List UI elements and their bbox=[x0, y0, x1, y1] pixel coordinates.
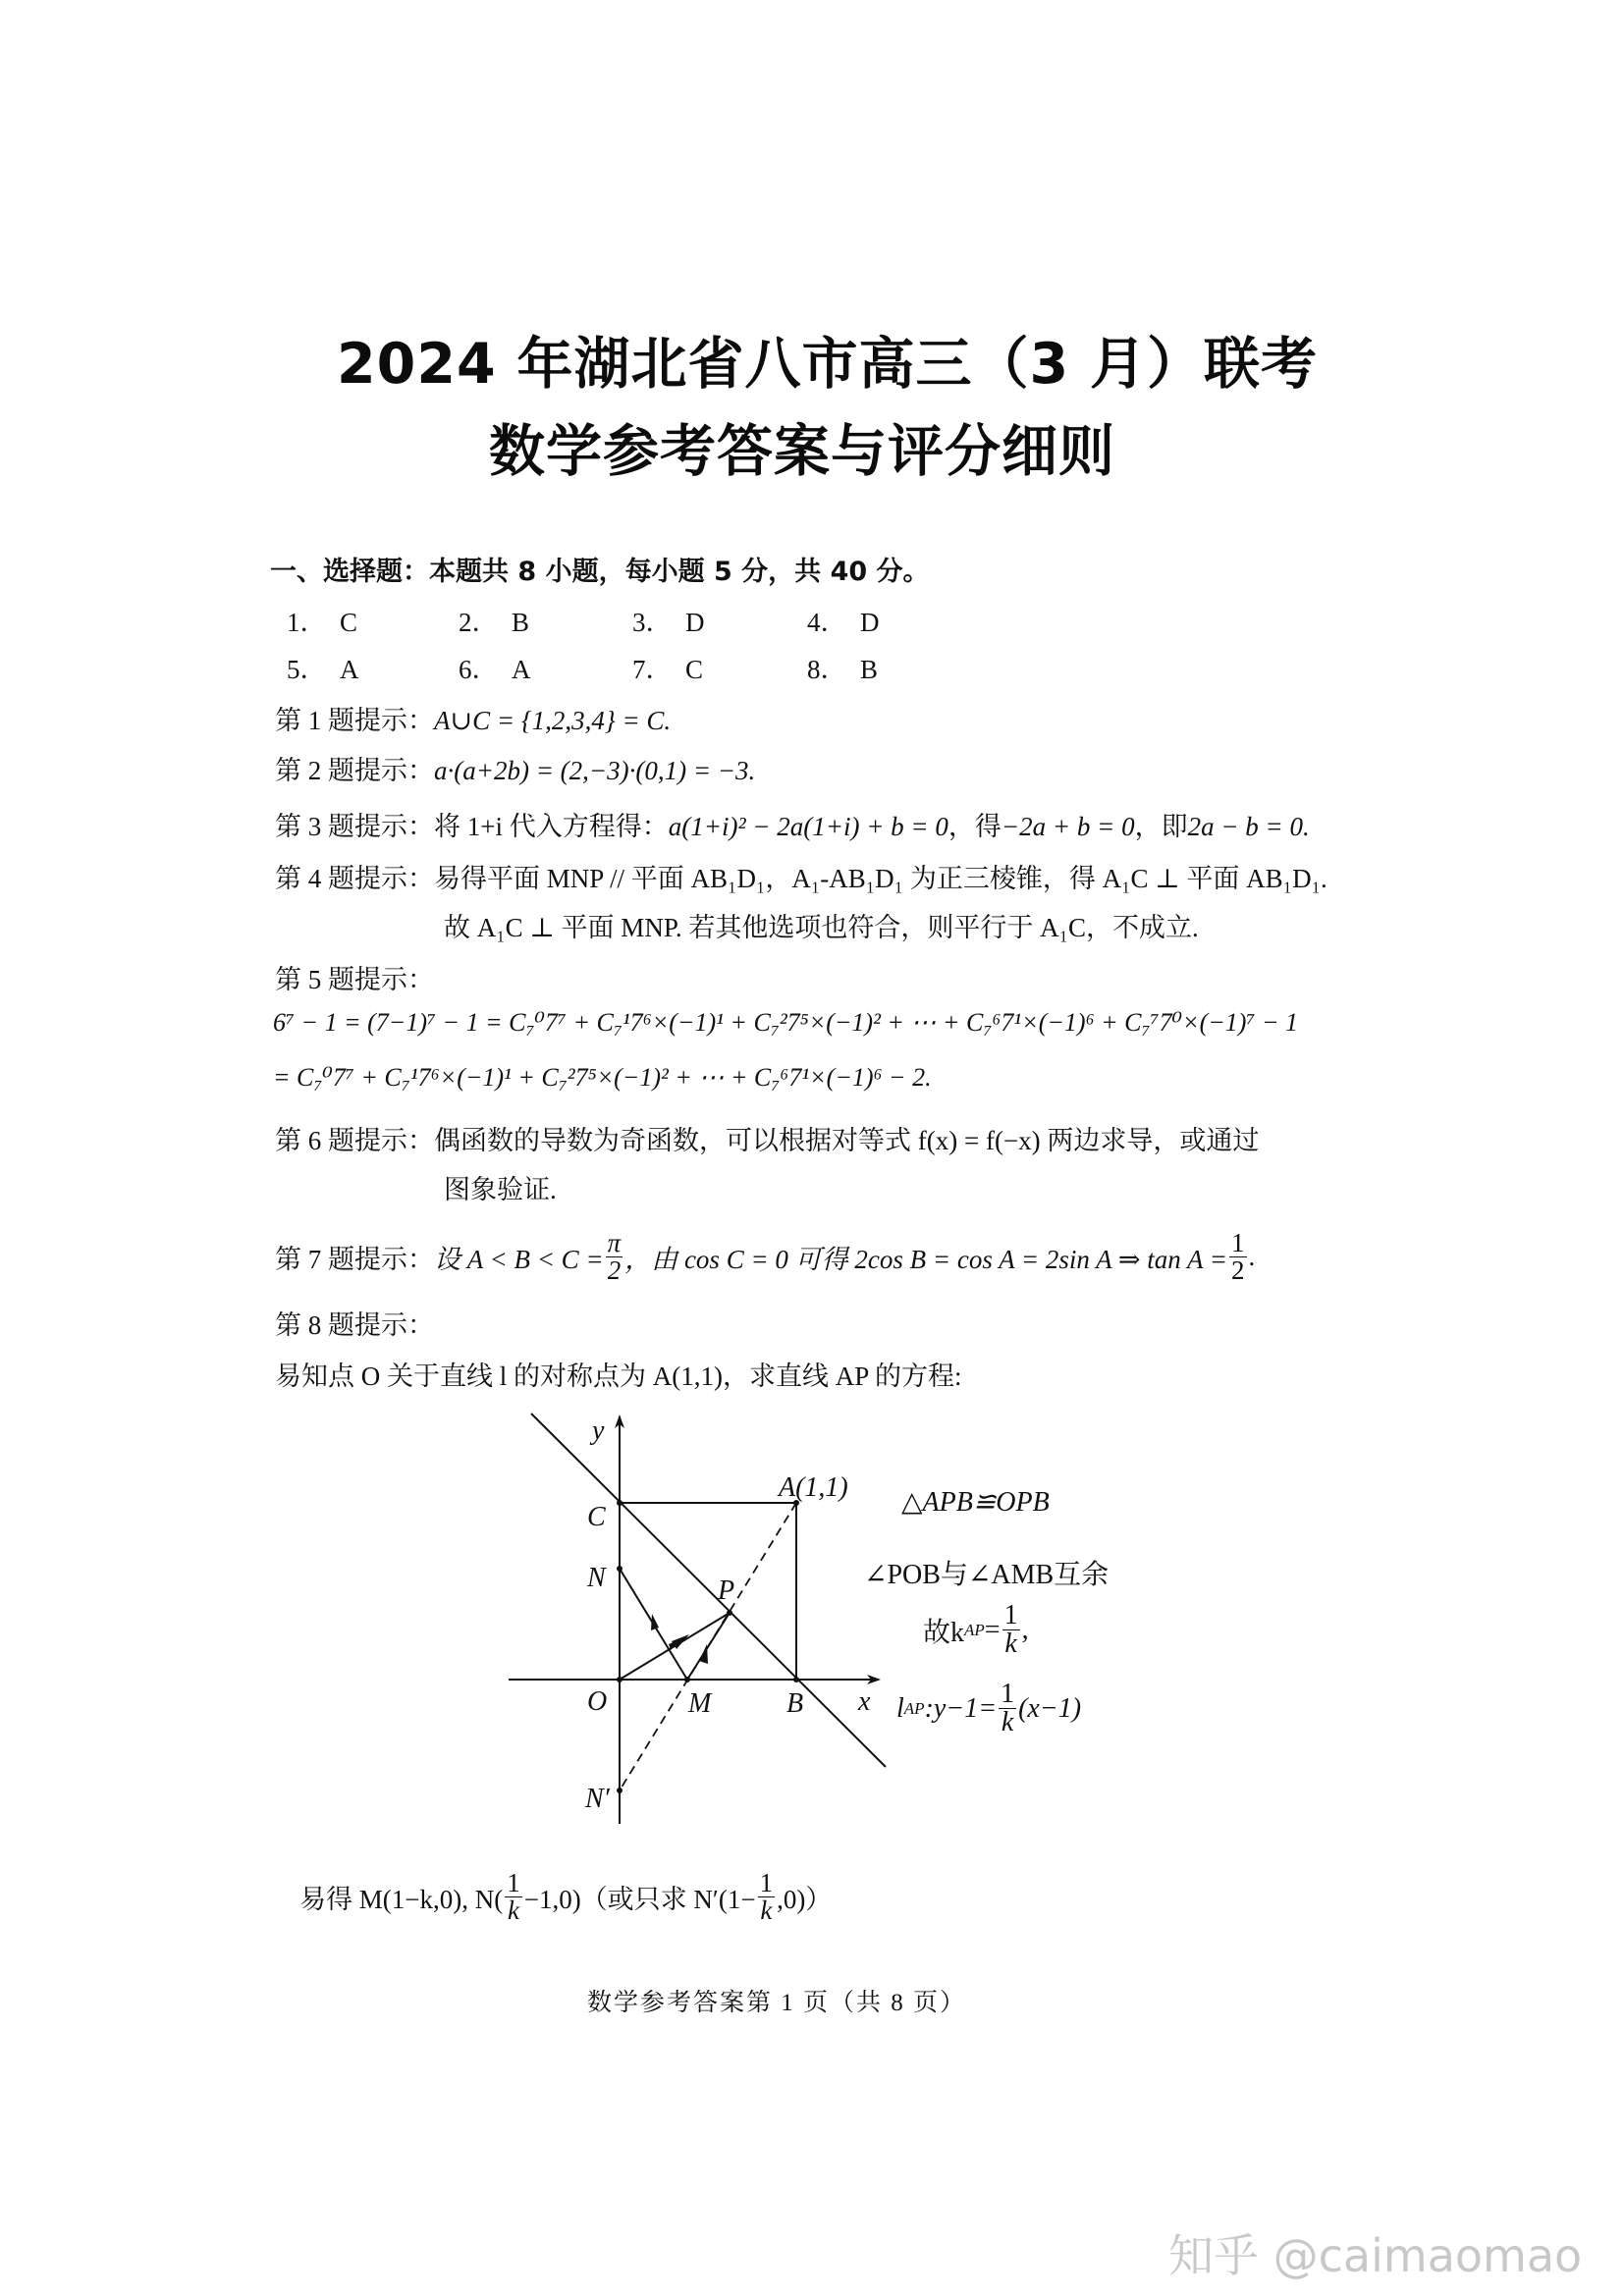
fraction: 1k bbox=[999, 1681, 1016, 1736]
watermark: 知乎 @caimaomao bbox=[1168, 2220, 1582, 2285]
geometry-diagram bbox=[0, 0, 1624, 2296]
label-C: C bbox=[587, 1502, 606, 1533]
page-footer: 数学参考答案第 1 页（共 8 页） bbox=[587, 1983, 966, 2018]
ray-P-M bbox=[687, 1613, 730, 1680]
label-x: x bbox=[858, 1686, 870, 1718]
label-M: M bbox=[688, 1688, 711, 1720]
arrow-icon bbox=[651, 1614, 659, 1630]
fraction: 1k bbox=[1002, 1602, 1020, 1658]
note-complement: ∠POB与∠AMB互余 bbox=[864, 1553, 1109, 1592]
fraction: 1k bbox=[505, 1870, 522, 1924]
label-P: P bbox=[718, 1575, 734, 1607]
label-N: N bbox=[587, 1563, 606, 1594]
label-B: B bbox=[786, 1688, 803, 1720]
note-congruent: △APB≌OPB bbox=[901, 1485, 1050, 1519]
fraction: 1k bbox=[758, 1870, 776, 1924]
label-y: y bbox=[592, 1415, 604, 1447]
label-N-prime: N′ bbox=[585, 1784, 610, 1815]
note-line-equation: lAP:y−1= 1k (x−1) bbox=[896, 1681, 1081, 1736]
label-A: A(1,1) bbox=[779, 1472, 848, 1504]
label-O: O bbox=[587, 1686, 607, 1718]
result-M-N: 易得 M(1−k,0), N( 1k −1,0)（或只求 N′(1− 1k ,0… bbox=[299, 1862, 832, 1931]
arrow-icon bbox=[699, 1644, 708, 1664]
note-slope: 故kAP= 1k , bbox=[923, 1602, 1029, 1658]
